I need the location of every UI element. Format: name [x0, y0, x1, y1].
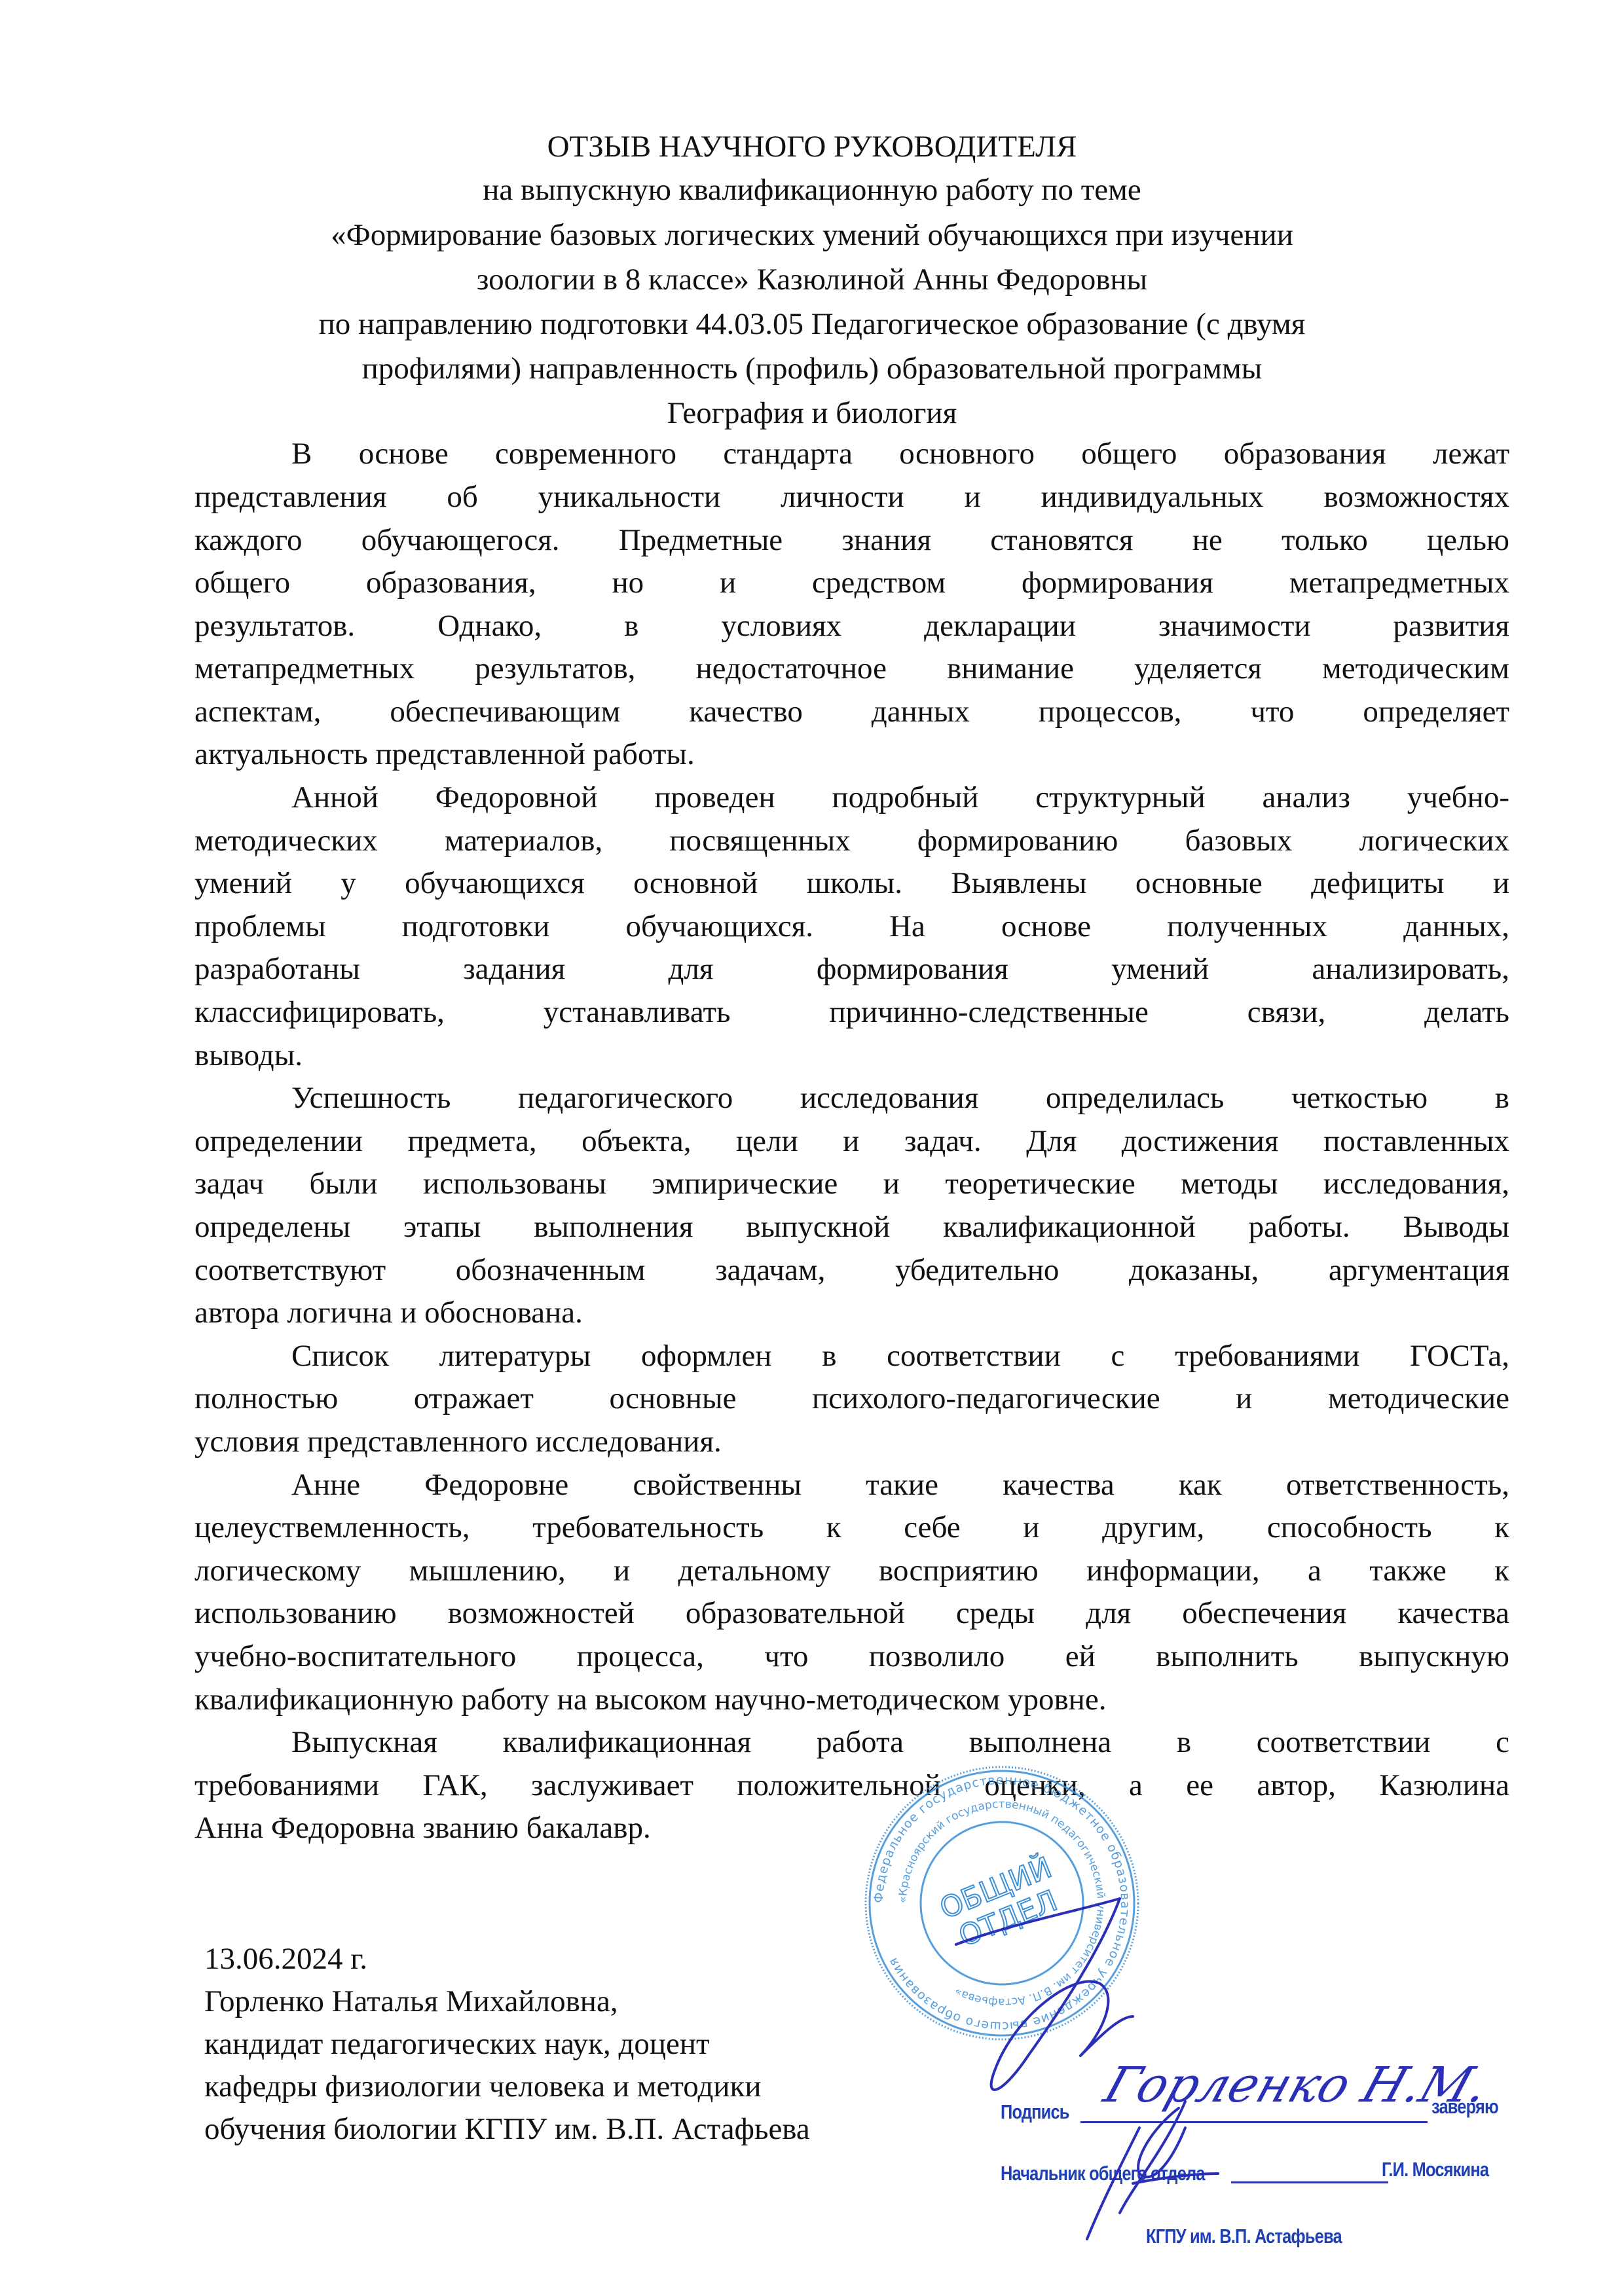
- head-signature-icon: [904, 1820, 1270, 2246]
- text-line: Анной Федоровной проведен подробный стру…: [291, 776, 1509, 819]
- text-line: условия представленного исследования.: [194, 1420, 1509, 1463]
- text-line: метапредметных результатов, недостаточно…: [194, 647, 1509, 690]
- reviewer-title-line: кафедры физиологии человека и методики: [204, 2066, 762, 2108]
- text-line: автора логична и обоснована.: [194, 1291, 1509, 1334]
- head-of-department-name: Г.И. Мосякина: [1382, 2158, 1488, 2181]
- document-title: ОТЗЫВ НАУЧНОГО РУКОВОДИТЕЛЯ: [0, 124, 1624, 169]
- header-topic-line: «Формирование базовых логических умений …: [0, 213, 1624, 257]
- text-line: умений у обучающихся основной школы. Выя…: [194, 862, 1509, 905]
- text-line: Успешность педагогического исследования …: [291, 1076, 1509, 1120]
- text-line: квалификационную работу на высоком научн…: [194, 1678, 1509, 1721]
- text-line: определены этапы выполнения выпускной кв…: [194, 1205, 1509, 1248]
- text-line: методических материалов, посвященных фор…: [194, 819, 1509, 862]
- text-line: разработаны задания для формирования уме…: [194, 947, 1509, 991]
- text-line: логическому мышлению, и детальному воспр…: [194, 1549, 1509, 1592]
- text-line: задач были использованы эмпирические и т…: [194, 1162, 1509, 1205]
- text-line: каждого обучающегося. Предметные знания …: [194, 519, 1509, 562]
- text-line: Выпускная квалификационная работа выполн…: [291, 1721, 1509, 1764]
- text-line: общего образования, но и средством форми…: [194, 561, 1509, 604]
- text-line: актуальность представленной работы.: [194, 733, 1509, 776]
- text-line: Анна Федоровна званию бакалавр.: [194, 1806, 1509, 1850]
- signature-date: 13.06.2024 г.: [204, 1938, 367, 1980]
- text-line: классифицировать, устанавливать причинно…: [194, 991, 1509, 1034]
- header-topic-line: зоологии в 8 классе» Казюлиной Анны Федо…: [0, 257, 1624, 302]
- header-direction-line: по направлению подготовки 44.03.05 Педаг…: [0, 302, 1624, 346]
- header-subtitle-line: на выпускную квалификационную работу по …: [0, 168, 1624, 212]
- text-line: полностью отражает основные психолого-пе…: [194, 1377, 1509, 1420]
- text-line: Список литературы оформлен в соответстви…: [291, 1334, 1509, 1377]
- document-page: ОТЗЫВ НАУЧНОГО РУКОВОДИТЕЛЯ на выпускную…: [0, 0, 1624, 2296]
- text-line: целеуствемленность, требовательность к с…: [194, 1506, 1509, 1549]
- reviewer-title-line: обучения биологии КГПУ им. В.П. Астафьев…: [204, 2108, 810, 2151]
- text-line: использованию возможностей образовательн…: [194, 1592, 1509, 1635]
- text-line: проблемы подготовки обучающихся. На осно…: [194, 905, 1509, 948]
- header-profile-line: География и биология: [0, 391, 1624, 435]
- text-line: соответствуют обозначенным задачам, убед…: [194, 1248, 1509, 1292]
- text-line: результатов. Однако, в условиях декларац…: [194, 604, 1509, 647]
- text-line: В основе современного стандарта основног…: [291, 432, 1509, 475]
- certify-label: заверяю: [1431, 2095, 1498, 2119]
- text-line: требованиями ГАК, заслуживает положитель…: [194, 1764, 1509, 1807]
- text-line: Анне Федоровне свойственны такие качеств…: [291, 1463, 1509, 1506]
- reviewer-title-line: кандидат педагогических наук, доцент: [204, 2023, 710, 2066]
- text-line: учебно-воспитательного процесса, что поз…: [194, 1635, 1509, 1678]
- reviewer-name: Горленко Наталья Михайловна,: [204, 1980, 618, 2023]
- header-direction-line: профилями) направленность (профиль) обра…: [0, 346, 1624, 391]
- text-line: определении предмета, объекта, цели и за…: [194, 1120, 1509, 1163]
- text-line: выводы.: [194, 1034, 1509, 1077]
- text-line: аспектам, обеспечивающим качество данных…: [194, 690, 1509, 733]
- text-line: представления об уникальности личности и…: [194, 475, 1509, 519]
